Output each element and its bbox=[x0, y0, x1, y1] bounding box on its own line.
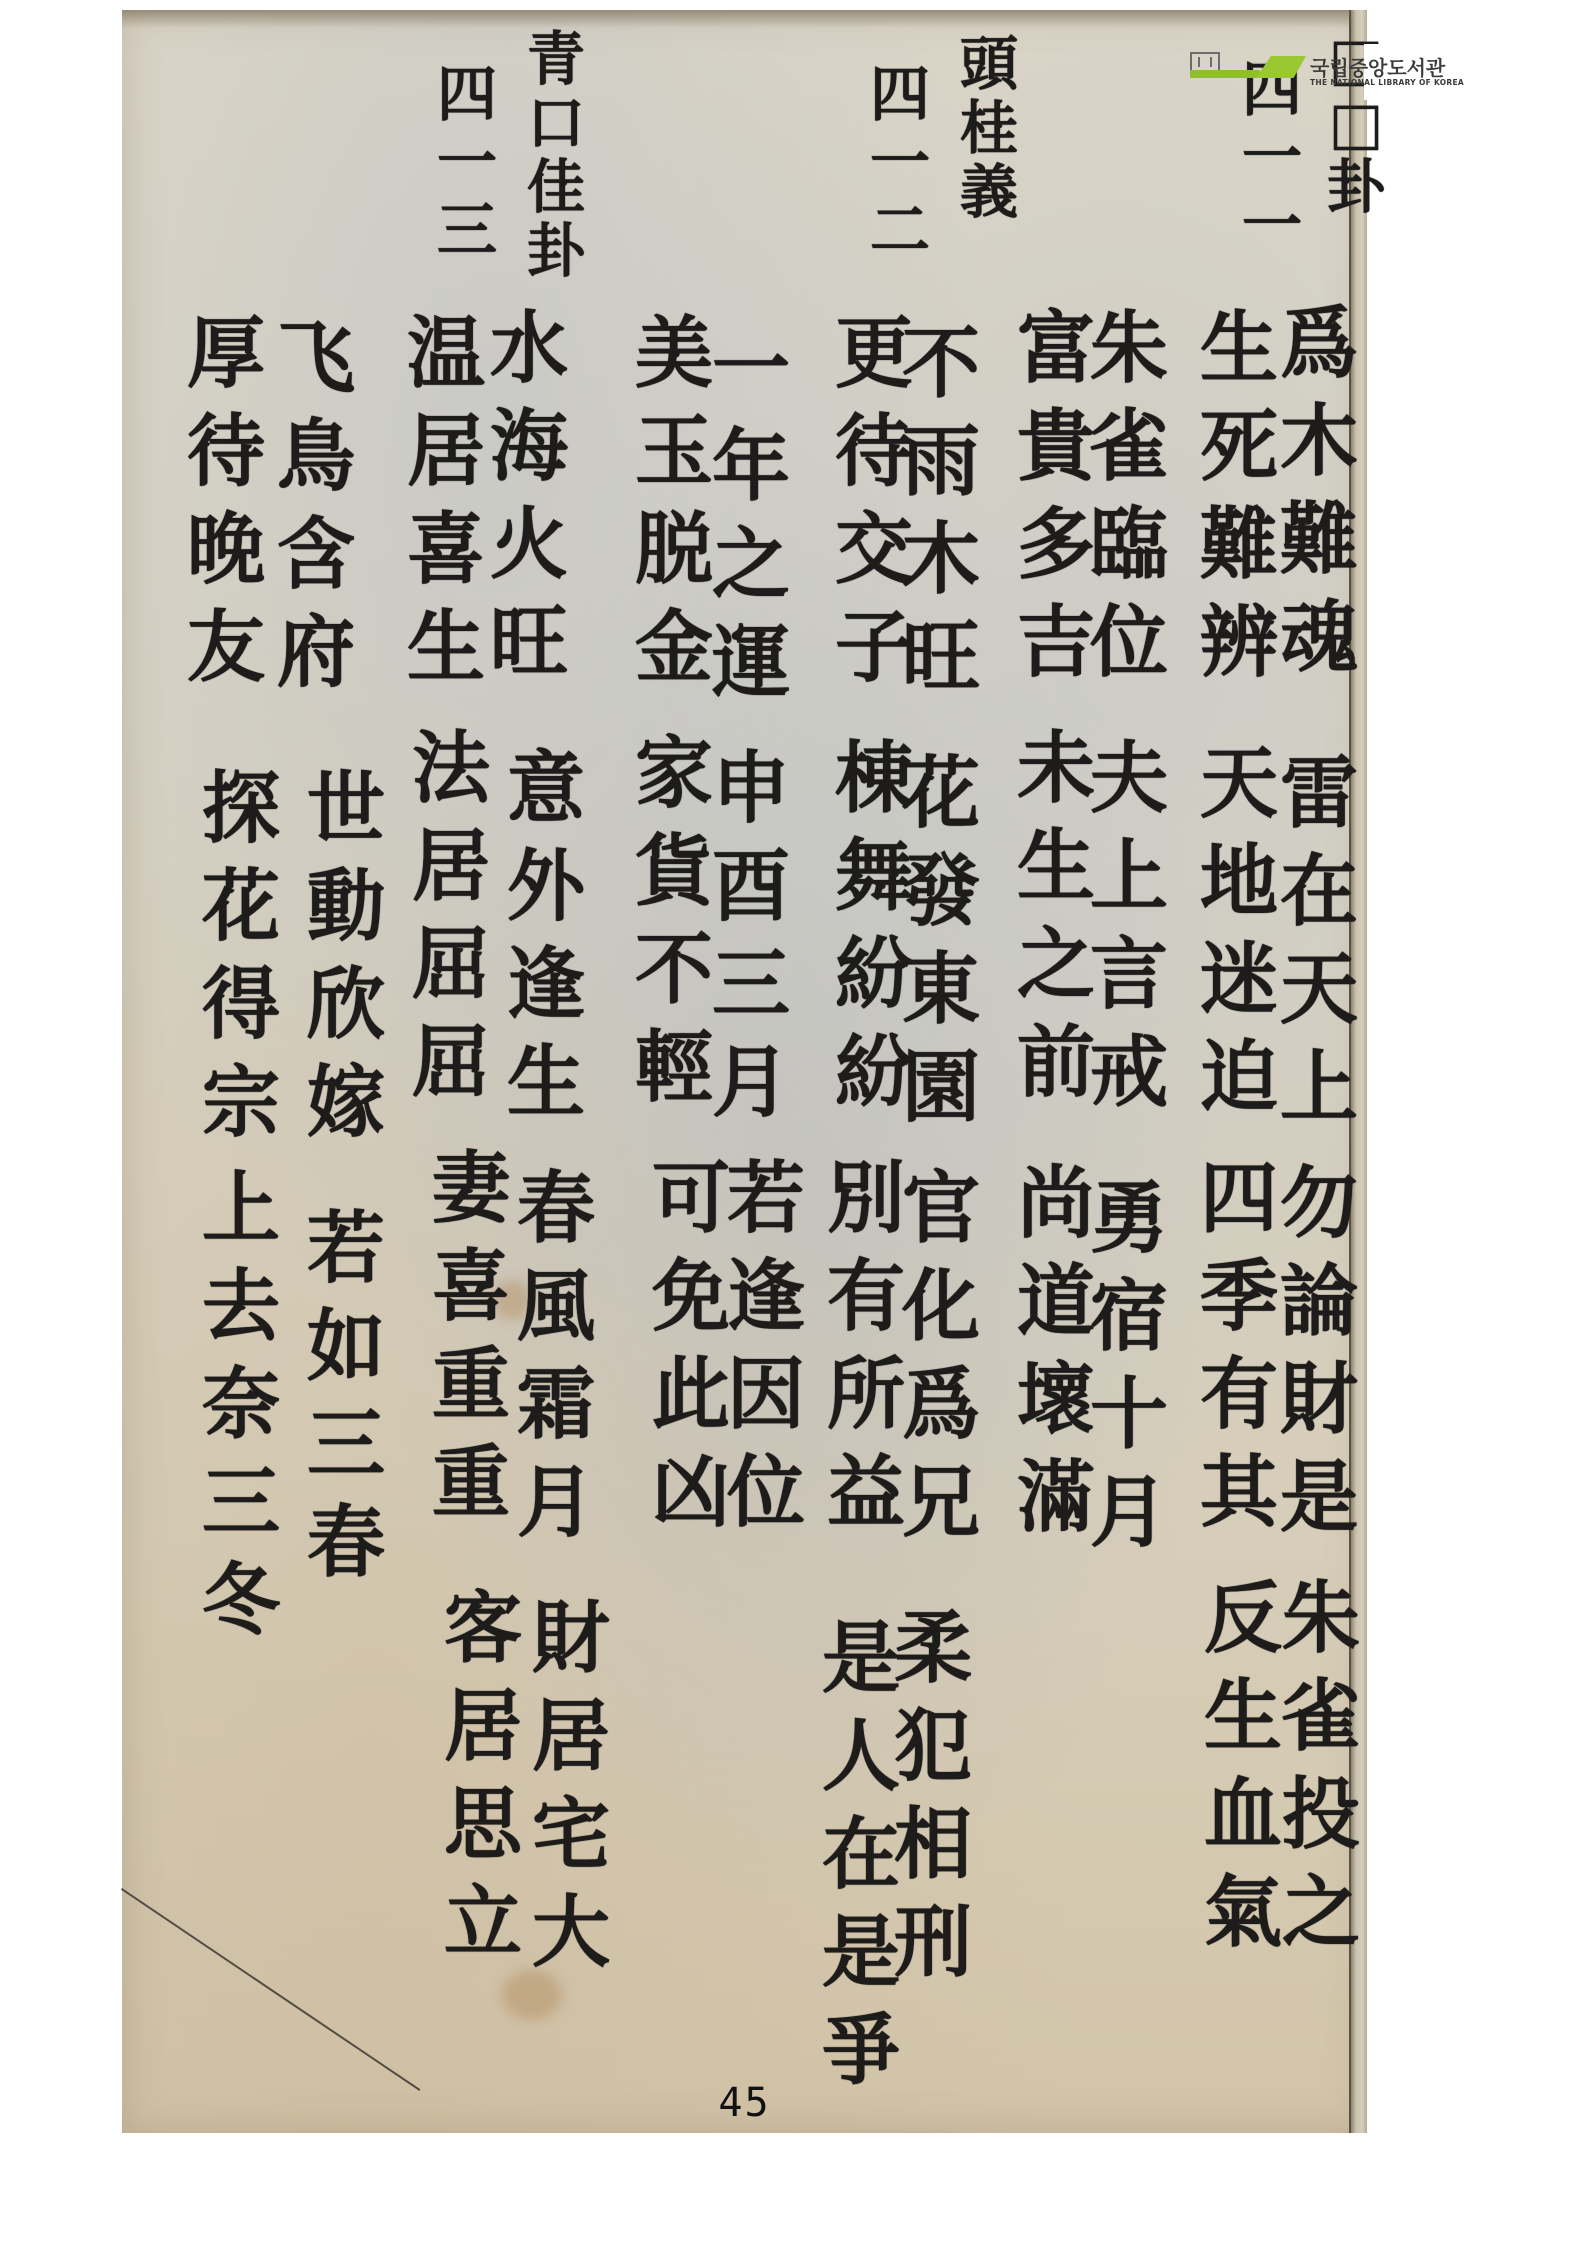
glyph: 相 bbox=[894, 1806, 972, 1884]
glyph: 滿 bbox=[1017, 1459, 1095, 1537]
glyph: 益 bbox=[827, 1454, 905, 1532]
entry-413-line: 妻喜重重 bbox=[432, 1150, 510, 1542]
glyph: 春 bbox=[517, 1170, 595, 1248]
entry-412-line: 不雨木旺 bbox=[902, 325, 980, 717]
glyph: 一 bbox=[1242, 196, 1302, 256]
glyph: 舞 bbox=[835, 838, 913, 916]
glyph: 若 bbox=[727, 1160, 805, 1238]
glyph: 在 bbox=[1280, 853, 1358, 931]
glyph: 人 bbox=[822, 1718, 900, 1796]
glyph: 意 bbox=[507, 750, 585, 828]
entry-411-line: 四季有其 bbox=[1200, 1160, 1278, 1552]
glyph: 迷 bbox=[1200, 941, 1278, 1019]
glyph: 之 bbox=[1017, 926, 1095, 1004]
glyph: 血 bbox=[1204, 1776, 1282, 1854]
entry-411-line: 天地迷迫 bbox=[1200, 745, 1278, 1137]
entry-413-header: 青口佳卦 bbox=[527, 30, 585, 286]
entry-413-line: 厚待晚友 bbox=[187, 315, 265, 707]
glyph: 論 bbox=[1280, 1263, 1358, 1341]
glyph: 難 bbox=[1280, 501, 1358, 579]
glyph: 旺 bbox=[902, 619, 980, 697]
glyph: 三 bbox=[307, 1406, 385, 1484]
glyph: 別 bbox=[827, 1160, 905, 1238]
glyph: 貴 bbox=[1017, 408, 1095, 486]
glyph: 生 bbox=[507, 1044, 585, 1122]
glyph: □ bbox=[1329, 94, 1384, 152]
library-building-icon bbox=[1190, 52, 1220, 70]
glyph: 壞 bbox=[1017, 1361, 1095, 1439]
glyph: 厚 bbox=[187, 315, 265, 393]
entry-413-line: 上去奈三冬 bbox=[202, 1170, 280, 1660]
glyph: 有 bbox=[1200, 1356, 1278, 1434]
glyph: 難 bbox=[1200, 506, 1278, 584]
glyph: 是 bbox=[822, 1914, 900, 1992]
glyph: 月 bbox=[517, 1464, 595, 1542]
glyph: 喜 bbox=[407, 511, 485, 589]
glyph: 宗 bbox=[202, 1064, 280, 1142]
glyph: 卦 bbox=[527, 222, 585, 280]
glyph: 富 bbox=[1017, 310, 1095, 388]
glyph: 四 bbox=[1200, 1160, 1278, 1238]
glyph: 雀 bbox=[1282, 1678, 1360, 1756]
glyph: 重 bbox=[432, 1346, 510, 1424]
glyph: 火 bbox=[490, 506, 568, 584]
glyph: 逢 bbox=[727, 1258, 805, 1336]
glyph: 魂 bbox=[1280, 599, 1358, 677]
glyph: 其 bbox=[1200, 1454, 1278, 1532]
glyph: 一 bbox=[437, 133, 497, 193]
glyph: 屈 bbox=[412, 926, 490, 1004]
glyph: 生 bbox=[1204, 1678, 1282, 1756]
glyph: 三 bbox=[437, 201, 497, 261]
glyph: 爲 bbox=[1280, 305, 1358, 383]
glyph: 尚 bbox=[1017, 1165, 1095, 1243]
entry-413-line: 財居宅大 bbox=[532, 1600, 610, 1992]
glyph: 有 bbox=[827, 1258, 905, 1336]
glyph: 風 bbox=[517, 1268, 595, 1346]
glyph: 若 bbox=[307, 1210, 385, 1288]
glyph: 紛 bbox=[835, 1034, 913, 1112]
glyph: 逢 bbox=[507, 946, 585, 1024]
glyph: 棟 bbox=[835, 740, 913, 818]
glyph: 居 bbox=[444, 1688, 522, 1766]
glyph: 天 bbox=[1280, 951, 1358, 1029]
glyph: 上 bbox=[1280, 1049, 1358, 1127]
entry-412-line: 家貨不輕 bbox=[635, 735, 713, 1127]
glyph: 輕 bbox=[635, 1029, 713, 1107]
glyph: 待 bbox=[187, 413, 265, 491]
library-name-english: THE NATIONAL LIBRARY OF KOREA bbox=[1310, 78, 1464, 87]
glyph: 桂 bbox=[960, 99, 1018, 157]
entry-413-line: 温居喜生 bbox=[407, 315, 485, 707]
glyph: 冬 bbox=[202, 1562, 280, 1640]
glyph: 生 bbox=[1017, 828, 1095, 906]
glyph: 青 bbox=[527, 30, 585, 88]
glyph: 財 bbox=[1280, 1361, 1358, 1439]
glyph: 嫁 bbox=[307, 1064, 385, 1142]
glyph: 官 bbox=[902, 1170, 980, 1248]
glyph: 是 bbox=[822, 1620, 900, 1698]
entry-412-line: 柔犯相刑 bbox=[894, 1610, 972, 2002]
glyph: 水 bbox=[490, 310, 568, 388]
glyph: 四 bbox=[870, 65, 930, 125]
glyph: 脱 bbox=[635, 511, 713, 589]
glyph: 去 bbox=[202, 1268, 280, 1346]
glyph: 屈 bbox=[412, 1024, 490, 1102]
glyph: 兄 bbox=[902, 1464, 980, 1542]
glyph: 頭 bbox=[960, 35, 1018, 93]
glyph: 免 bbox=[652, 1258, 730, 1336]
glyph: 年 bbox=[712, 428, 790, 506]
glyph: 位 bbox=[727, 1454, 805, 1532]
glyph: 宿 bbox=[1090, 1278, 1168, 1356]
glyph: 木 bbox=[902, 521, 980, 599]
entry-412-header: 頭桂義 bbox=[960, 35, 1018, 227]
entry-411-line: 生死難辨 bbox=[1200, 310, 1278, 702]
entry-413-line: 法居屈屈 bbox=[412, 730, 490, 1122]
glyph: 居 bbox=[412, 828, 490, 906]
glyph: 待 bbox=[835, 413, 913, 491]
glyph: 地 bbox=[1200, 843, 1278, 921]
glyph: 如 bbox=[307, 1308, 385, 1386]
glyph: 月 bbox=[1090, 1474, 1168, 1552]
entry-413-line: 若如三春 bbox=[307, 1210, 385, 1602]
glyph: 勿 bbox=[1280, 1165, 1358, 1243]
glyph: 世 bbox=[307, 770, 385, 848]
entry-412-line: 是人在是爭 bbox=[822, 1620, 900, 2110]
entry-413-line: 飞鳥含府 bbox=[277, 320, 355, 712]
glyph: 三 bbox=[202, 1464, 280, 1542]
manuscript-page: □□卦 四一一 爲木難魂 生死難辨 朱雀臨位 富貴多吉 雷在天上 天地迷迫 夫上… bbox=[122, 10, 1367, 2133]
logo-green-bar bbox=[1190, 70, 1260, 78]
glyph: 佳 bbox=[527, 158, 585, 216]
glyph: 更 bbox=[835, 315, 913, 393]
entry-411-line: 朱雀投之 bbox=[1282, 1580, 1360, 1972]
entry-412-number: 四一二 bbox=[870, 65, 930, 269]
glyph: 爭 bbox=[822, 2012, 900, 2090]
glyph: 卦 bbox=[1327, 158, 1385, 216]
glyph: 刑 bbox=[894, 1904, 972, 1982]
entry-411-line: 尚道壞滿 bbox=[1017, 1165, 1095, 1557]
entry-413-line: 意外逢生 bbox=[507, 750, 585, 1142]
glyph: 運 bbox=[712, 624, 790, 702]
entry-411-line: 反生血氣 bbox=[1204, 1580, 1282, 1972]
glyph: 宅 bbox=[532, 1796, 610, 1874]
glyph: 十 bbox=[1090, 1376, 1168, 1454]
glyph: 重 bbox=[432, 1444, 510, 1522]
entry-413-line: 世動欣嫁 bbox=[307, 770, 385, 1162]
glyph: 喜 bbox=[432, 1248, 510, 1326]
glyph: 所 bbox=[827, 1356, 905, 1434]
glyph: 之 bbox=[1282, 1874, 1360, 1952]
entry-412-line: 美玉脱金 bbox=[635, 315, 713, 707]
glyph: 氣 bbox=[1204, 1874, 1282, 1952]
glyph: 旺 bbox=[490, 604, 568, 682]
glyph: 發 bbox=[902, 853, 980, 931]
library-name-korean: 국립중앙도서관 bbox=[1310, 52, 1445, 81]
glyph: 木 bbox=[1280, 403, 1358, 481]
glyph: 温 bbox=[407, 315, 485, 393]
glyph: 玉 bbox=[635, 413, 713, 491]
glyph: 上 bbox=[202, 1170, 280, 1248]
glyph: 春 bbox=[307, 1504, 385, 1582]
entry-412-line: 若逢因位 bbox=[727, 1160, 805, 1552]
entry-411-line: 雷在天上 bbox=[1280, 755, 1358, 1147]
glyph: 園 bbox=[902, 1049, 980, 1127]
page-number: 45 bbox=[122, 2080, 1367, 2126]
glyph: 思 bbox=[444, 1786, 522, 1864]
glyph: 一 bbox=[712, 330, 790, 408]
glyph: 金 bbox=[635, 609, 713, 687]
glyph: 友 bbox=[187, 609, 265, 687]
glyph: 居 bbox=[407, 413, 485, 491]
glyph: 子 bbox=[835, 609, 913, 687]
glyph: 道 bbox=[1017, 1263, 1095, 1341]
glyph: 霜 bbox=[517, 1366, 595, 1444]
glyph: 府 bbox=[277, 614, 355, 692]
glyph: 東 bbox=[902, 951, 980, 1029]
glyph: 不 bbox=[902, 325, 980, 403]
glyph: 迫 bbox=[1200, 1039, 1278, 1117]
glyph: 交 bbox=[835, 511, 913, 589]
glyph: 奈 bbox=[202, 1366, 280, 1444]
glyph: 臨 bbox=[1090, 506, 1168, 584]
glyph: 月 bbox=[712, 1044, 790, 1122]
glyph: 戒 bbox=[1090, 1034, 1168, 1112]
glyph: 朱 bbox=[1090, 310, 1168, 388]
glyph: 前 bbox=[1017, 1024, 1095, 1102]
glyph: 犯 bbox=[894, 1708, 972, 1786]
glyph: 居 bbox=[532, 1698, 610, 1776]
glyph: 上 bbox=[1090, 838, 1168, 916]
library-watermark-logo: 국립중앙도서관 THE NATIONAL LIBRARY OF KOREA bbox=[1190, 52, 1490, 102]
glyph: 四 bbox=[437, 65, 497, 125]
glyph: 海 bbox=[490, 408, 568, 486]
glyph: 此 bbox=[652, 1356, 730, 1434]
glyph: 投 bbox=[1282, 1776, 1360, 1854]
glyph: 季 bbox=[1200, 1258, 1278, 1336]
glyph: 天 bbox=[1200, 745, 1278, 823]
glyph: 勇 bbox=[1090, 1180, 1168, 1258]
entry-412-line: 可免此凶 bbox=[652, 1160, 730, 1552]
glyph: 不 bbox=[635, 931, 713, 1009]
glyph: 立 bbox=[444, 1884, 522, 1962]
glyph: 貨 bbox=[635, 833, 713, 911]
glyph: 二 bbox=[870, 201, 930, 261]
glyph: 妻 bbox=[432, 1150, 510, 1228]
entry-411-line: 夫上言戒 bbox=[1090, 740, 1168, 1132]
page-fold-line bbox=[121, 1888, 421, 2091]
glyph: 財 bbox=[532, 1600, 610, 1678]
glyph: 雨 bbox=[902, 423, 980, 501]
entry-412-line: 更待交子 bbox=[835, 315, 913, 707]
entry-411-line: 朱雀臨位 bbox=[1090, 310, 1168, 702]
glyph: 鳥 bbox=[277, 418, 355, 496]
glyph: 夫 bbox=[1090, 740, 1168, 818]
glyph: 一 bbox=[1242, 128, 1302, 188]
entry-411-line: 勇宿十月 bbox=[1090, 1180, 1168, 1572]
glyph: 欣 bbox=[307, 966, 385, 1044]
entry-411-line: 勿論財是 bbox=[1280, 1165, 1358, 1557]
glyph: 飞 bbox=[277, 320, 355, 398]
glyph: 之 bbox=[712, 526, 790, 604]
entry-413-line: 春風霜月 bbox=[517, 1170, 595, 1562]
glyph: 生 bbox=[1200, 310, 1278, 388]
entry-412-line: 花發東園 bbox=[902, 755, 980, 1147]
glyph: 在 bbox=[822, 1816, 900, 1894]
glyph: 一 bbox=[870, 133, 930, 193]
entry-413-line: 探花得宗 bbox=[202, 770, 280, 1162]
glyph: 申 bbox=[712, 750, 790, 828]
glyph: 可 bbox=[652, 1160, 730, 1238]
glyph: 義 bbox=[960, 163, 1018, 221]
glyph: 柔 bbox=[894, 1610, 972, 1688]
glyph: 雀 bbox=[1090, 408, 1168, 486]
glyph: 三 bbox=[712, 946, 790, 1024]
entry-411-line: 爲木難魂 bbox=[1280, 305, 1358, 697]
entry-411-line: 富貴多吉 bbox=[1017, 310, 1095, 702]
glyph: 爲 bbox=[902, 1366, 980, 1444]
glyph: 酉 bbox=[712, 848, 790, 926]
glyph: 得 bbox=[202, 966, 280, 1044]
glyph: 是 bbox=[1280, 1459, 1358, 1537]
glyph: 口 bbox=[527, 94, 585, 152]
entry-412-line: 一年之運 bbox=[712, 330, 790, 722]
glyph: 生 bbox=[407, 609, 485, 687]
glyph: 動 bbox=[307, 868, 385, 946]
entry-411-line: 未生之前 bbox=[1017, 730, 1095, 1122]
glyph: 探 bbox=[202, 770, 280, 848]
glyph: 位 bbox=[1090, 604, 1168, 682]
entry-413-number: 四一三 bbox=[437, 65, 497, 269]
glyph: 法 bbox=[412, 730, 490, 808]
glyph: 因 bbox=[727, 1356, 805, 1434]
glyph: 吉 bbox=[1017, 604, 1095, 682]
entry-413-line: 客居思立 bbox=[444, 1590, 522, 1982]
glyph: 死 bbox=[1200, 408, 1278, 486]
glyph: 客 bbox=[444, 1590, 522, 1668]
glyph: 家 bbox=[635, 735, 713, 813]
glyph: 含 bbox=[277, 516, 355, 594]
entry-412-line: 官化爲兄 bbox=[902, 1170, 980, 1562]
glyph: 辨 bbox=[1200, 604, 1278, 682]
glyph: 化 bbox=[902, 1268, 980, 1346]
glyph: 大 bbox=[532, 1894, 610, 1972]
entry-412-line: 棟舞紛紛 bbox=[835, 740, 913, 1132]
glyph: 凶 bbox=[652, 1454, 730, 1532]
entry-412-line: 申酉三月 bbox=[712, 750, 790, 1142]
glyph: 雷 bbox=[1280, 755, 1358, 833]
glyph: 外 bbox=[507, 848, 585, 926]
glyph: 未 bbox=[1017, 730, 1095, 808]
glyph: 美 bbox=[635, 315, 713, 393]
glyph: 花 bbox=[902, 755, 980, 833]
glyph: 多 bbox=[1017, 506, 1095, 584]
logo-green-wing-icon bbox=[1256, 56, 1306, 78]
glyph: 晚 bbox=[187, 511, 265, 589]
glyph: 反 bbox=[1204, 1580, 1282, 1658]
glyph: 紛 bbox=[835, 936, 913, 1014]
glyph: 言 bbox=[1090, 936, 1168, 1014]
glyph: 朱 bbox=[1282, 1580, 1360, 1658]
glyph: 花 bbox=[202, 868, 280, 946]
entry-413-line: 水海火旺 bbox=[490, 310, 568, 702]
entry-412-line: 別有所益 bbox=[827, 1160, 905, 1552]
